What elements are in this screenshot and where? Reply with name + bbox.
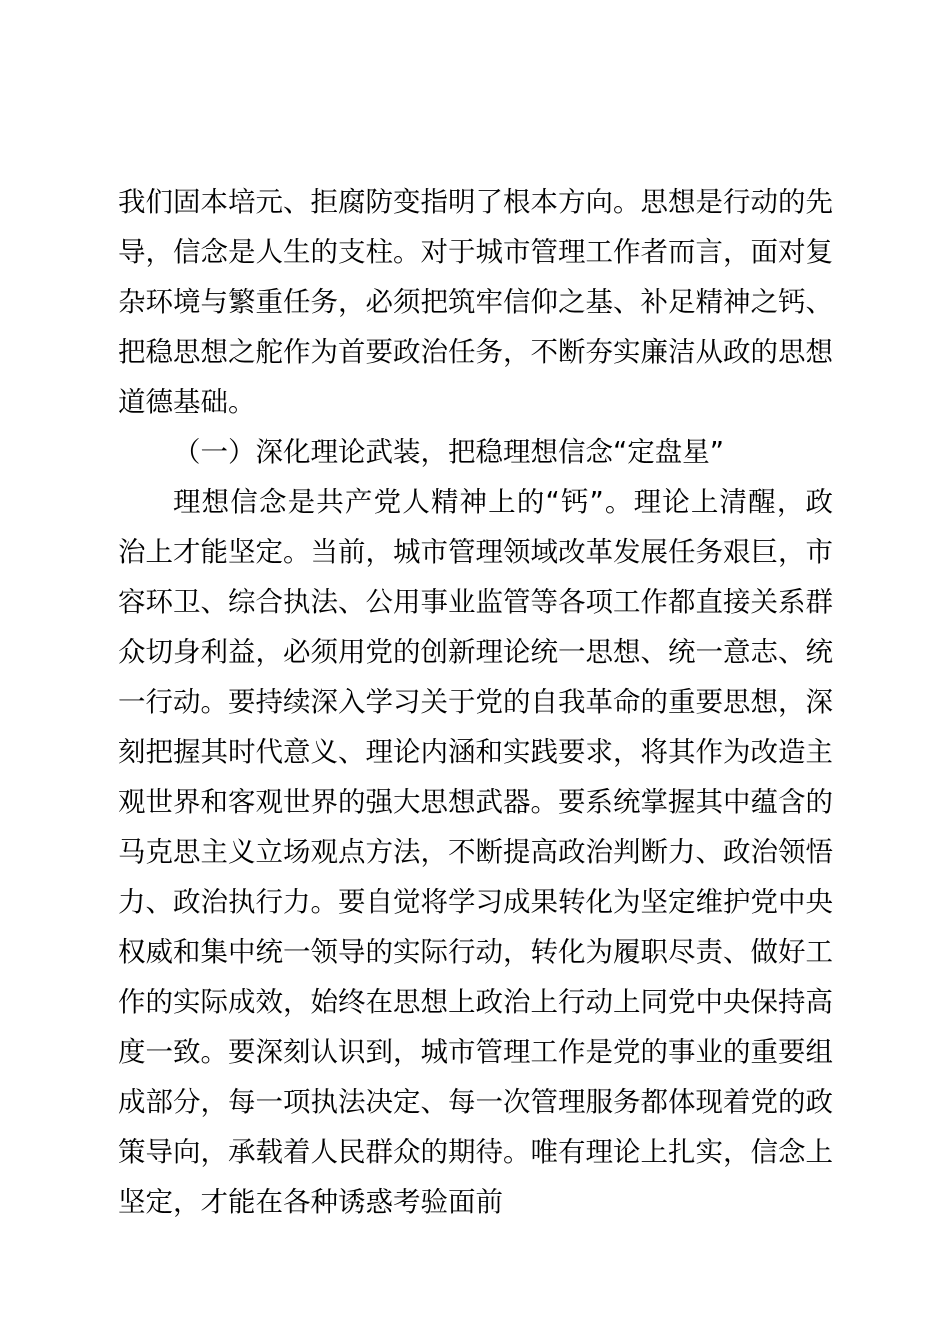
section-heading: （一）深化理论武装，把稳理想信念“定盘星” bbox=[118, 427, 833, 477]
paragraph-body: 理想信念是共产党人精神上的“钙”。理论上清醒，政治上才能坚定。当前，城市管理领域… bbox=[118, 477, 833, 1227]
document-page: 我们固本培元、拒腐防变指明了根本方向。思想是行动的先导，信念是人生的支柱。对于城… bbox=[0, 0, 950, 1344]
paragraph-body-continuation: 我们固本培元、拒腐防变指明了根本方向。思想是行动的先导，信念是人生的支柱。对于城… bbox=[118, 177, 833, 427]
document-text-block: 我们固本培元、拒腐防变指明了根本方向。思想是行动的先导，信念是人生的支柱。对于城… bbox=[118, 177, 833, 1227]
